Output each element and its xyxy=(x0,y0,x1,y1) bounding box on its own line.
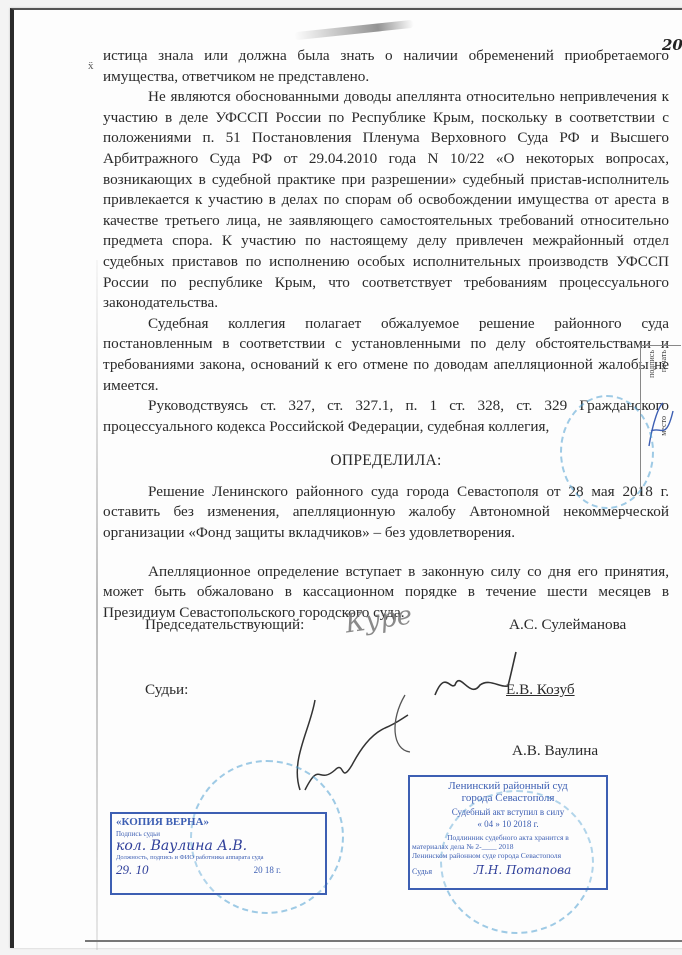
court-stamp-signature: Л.Н. Потапова xyxy=(474,863,571,877)
court-stamp-line: Ленинском районном суде города Севастопо… xyxy=(412,851,604,860)
court-stamp-line: Судебный акт вступил в силу xyxy=(412,806,604,818)
paragraph: Судебная коллегия полагает обжалуемое ре… xyxy=(103,314,669,396)
court-stamp: Ленинский районный суд города Севастопол… xyxy=(408,775,608,890)
copy-stamp: «КОПИЯ ВЕРНА» Подпись судьи кол. Ваулина… xyxy=(110,812,327,895)
paragraph: Не являются обоснованными доводы апеллян… xyxy=(103,87,669,314)
margin-mark: ẍ xyxy=(88,60,94,72)
judges-label: Судьи: xyxy=(145,681,188,699)
copy-stamp-year: 20 18 г. xyxy=(254,864,281,876)
presiding-label: Председательствующий: xyxy=(145,616,304,634)
judge2-name: А.В. Ваулина xyxy=(512,742,598,760)
court-stamp-judge-label: Судья xyxy=(412,867,432,876)
fold-line xyxy=(96,260,98,950)
copy-stamp-date: 29. 10 xyxy=(116,864,149,876)
copy-stamp-title: «КОПИЯ ВЕРНА» xyxy=(116,816,321,828)
court-stamp-date: « 04 » 10 2018 г. xyxy=(412,818,604,830)
court-stamp-line: Ленинский районный суд xyxy=(412,780,604,792)
court-stamp-line: материалах дела № 2-____ 2018 xyxy=(412,842,604,851)
side-stamp-label: печать xyxy=(659,350,668,372)
page-bottom-edge xyxy=(85,940,682,942)
judge1-signature xyxy=(430,650,520,710)
faded-seal xyxy=(560,395,654,509)
document-body: истица знала или должна была знать о нал… xyxy=(103,46,669,623)
scan-smudge xyxy=(294,20,414,40)
court-stamp-line: города Севастополя xyxy=(412,792,604,804)
presiding-name: А.С. Сулейманова xyxy=(509,616,626,634)
court-stamp-line: Подлинник судебного акта хранится в xyxy=(412,833,604,842)
paragraph: истица знала или должна была знать о нал… xyxy=(103,46,669,87)
side-stamp-label: подпись xyxy=(647,350,656,378)
copy-stamp-handwritten: кол. Ваулина А.В. xyxy=(116,840,321,852)
